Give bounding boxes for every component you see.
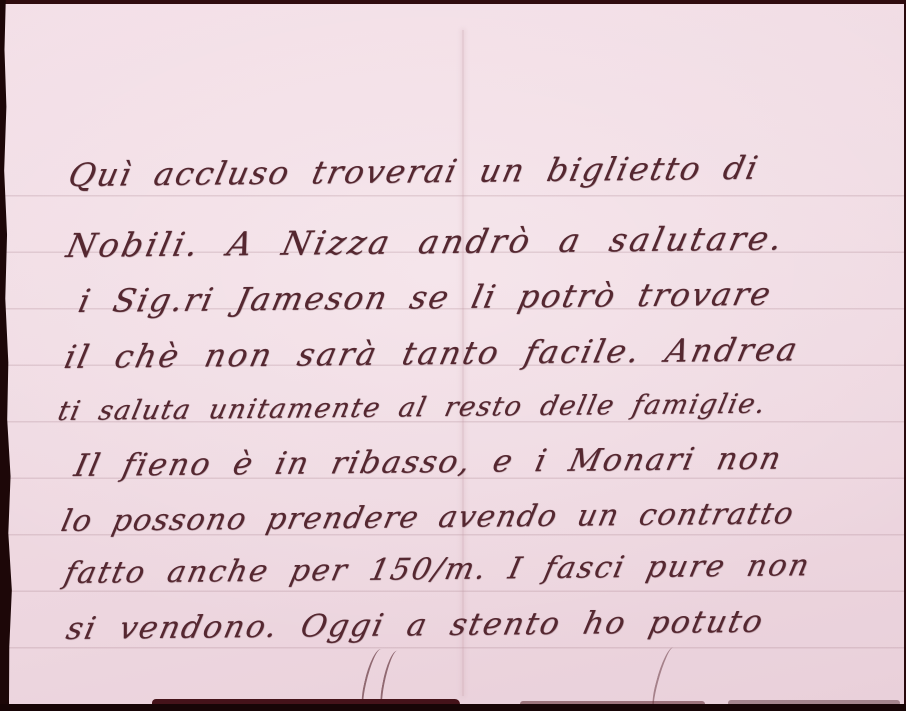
photo-edge-top — [0, 0, 906, 4]
handwriting-line-7: lo possono prendere avendo un contratto — [58, 496, 798, 539]
handwriting: Quì accluso troverai un biglietto di Nob… — [3, 4, 904, 704]
handwriting-line-2: Nobili. A Nizza andrò a salutare. — [63, 219, 789, 265]
handwriting-line-6: Il fieno è in ribasso, e i Monari non — [71, 441, 786, 484]
letter-paper: Quì accluso troverai un biglietto di Nob… — [3, 4, 904, 704]
handwriting-line-8: fatto anche per 150/m. I fasci pure non — [61, 548, 814, 591]
letter-photo: Quì accluso troverai un biglietto di Nob… — [0, 0, 906, 711]
photo-edge-bottom — [0, 704, 906, 711]
handwriting-line-9: si vendono. Oggi a stento ho potuto — [63, 604, 768, 647]
handwriting-line-3: i Sig.ri Jameson se li potrò trovare — [75, 275, 776, 320]
handwriting-line-4: il chè non sarà tanto facile. Andrea — [61, 330, 803, 376]
handwriting-line-5: ti saluta unitamente al resto delle fami… — [55, 389, 770, 427]
handwriting-line-1: Quì accluso troverai un biglietto di — [65, 149, 763, 194]
